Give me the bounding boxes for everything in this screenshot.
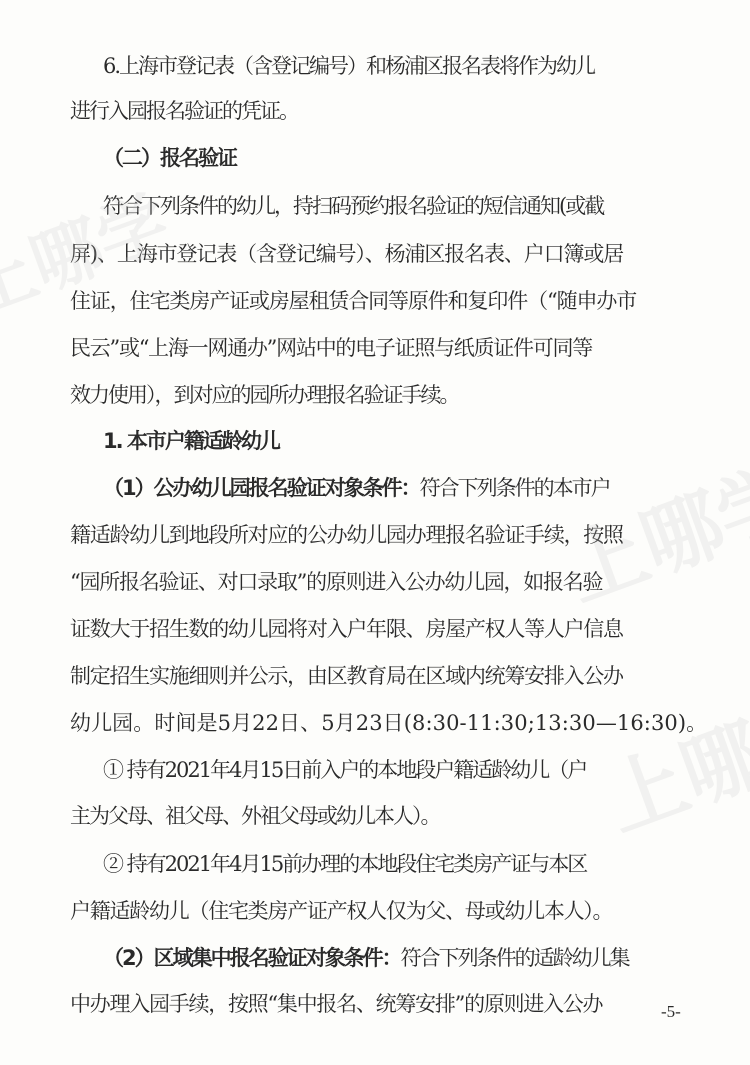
text-line: 证数大于招生数的幼儿园将对入户年限、房屋产权人等人户信息 <box>0 613 750 643</box>
text-line: ② 持有2021年4月15前办理的本地段住宅类房产证与本区 <box>0 848 750 878</box>
text-line: 幼儿园。时间是5月22日、5月23日(8:30-11:30;13:30—16:3… <box>0 707 750 737</box>
text-line: 制定招生实施细则并公示，由区教育局在区域内统筹安排入公办 <box>0 660 750 690</box>
text-line: 符合下列条件的幼儿，持扫码预约报名验证的短信通知(或截 <box>0 190 750 220</box>
body-text: 符合下列条件的幼儿，持扫码预约报名验证的短信通知(或截 <box>103 194 603 218</box>
text-line: 中办理入园手续，按照“集中报名、统筹安排”的原则进入公办 <box>0 988 750 1018</box>
page-number: -5- <box>661 1002 681 1022</box>
body-text: 屏)、上海市登记表（含登记编号）、杨浦区报名表、户口簿或居 <box>70 242 623 266</box>
body-text: ① 持有2021年4月15日前入户的本地段户籍适龄幼儿（户 <box>103 758 586 782</box>
heading-text: （2）区域集中报名验证对象条件： <box>103 946 401 970</box>
body-text: 符合下列条件的本市户 <box>420 476 610 500</box>
body-text: 籍适龄幼儿到地段所对应的公办幼儿园办理报名验证手续，按照 <box>70 523 623 547</box>
text-line: 民云”或“上海一网通办”网站中的电子证照与纸质证件可同等 <box>0 332 750 362</box>
text-line: 1. 本市户籍适龄幼儿 <box>0 425 750 455</box>
text-line: 主为父母、祖父母、外祖父母或幼儿本人）。 <box>0 800 750 830</box>
text-line: 6.上海市登记表（含登记编号）和杨浦区报名表将作为幼儿 <box>0 50 750 80</box>
body-text: 住证，住宅类房产证或房屋租赁合同等原件和复印件（“随申办市 <box>70 289 636 313</box>
body-text: 证数大于招生数的幼儿园将对入户年限、房屋产权人等人户信息 <box>70 617 623 641</box>
text-line: 屏)、上海市登记表（含登记编号）、杨浦区报名表、户口簿或居 <box>0 238 750 268</box>
body-text: 符合下列条件的适龄幼儿集 <box>401 946 629 970</box>
body-text: “园所报名验证、对口录取”的原则进入公办幼儿园，如报名验 <box>70 570 602 594</box>
body-text: ② 持有2021年4月15前办理的本地段住宅类房产证与本区 <box>103 852 586 876</box>
body-text: 6.上海市登记表（含登记编号）和杨浦区报名表将作为幼儿 <box>103 54 594 78</box>
body-text: 主为父母、祖父母、外祖父母或幼儿本人）。 <box>70 804 440 828</box>
text-line: （1）公办幼儿园报名验证对象条件：符合下列条件的本市户 <box>0 472 750 502</box>
text-line: “园所报名验证、对口录取”的原则进入公办幼儿园，如报名验 <box>0 566 750 596</box>
text-line: （二）报名验证 <box>0 142 750 172</box>
heading-text: （二）报名验证 <box>103 146 236 170</box>
body-text: 民云”或“上海一网通办”网站中的电子证照与纸质证件可同等 <box>70 336 592 360</box>
body-text: 效力使用），到对应的园所办理报名验证手续。 <box>70 383 459 407</box>
text-line: 户籍适龄幼儿（住宅类房产证产权人仅为父、母或幼儿本人）。 <box>0 895 750 925</box>
text-line: 籍适龄幼儿到地段所对应的公办幼儿园办理报名验证手续，按照 <box>0 519 750 549</box>
body-text: 户籍适龄幼儿（住宅类房产证产权人仅为父、母或幼儿本人）。 <box>70 899 612 923</box>
text-line: ① 持有2021年4月15日前入户的本地段户籍适龄幼儿（户 <box>0 754 750 784</box>
body-text: 中办理入园手续，按照“集中报名、统筹安排”的原则进入公办 <box>70 992 602 1016</box>
text-line: （2）区域集中报名验证对象条件：符合下列条件的适龄幼儿集 <box>0 942 750 972</box>
heading-text: （1）公办幼儿园报名验证对象条件： <box>103 476 420 500</box>
text-line: 进行入园报名验证的凭证。 <box>0 95 750 125</box>
body-text: 制定招生实施细则并公示，由区教育局在区域内统筹安排入公办 <box>70 664 623 688</box>
text-line: 效力使用），到对应的园所办理报名验证手续。 <box>0 379 750 409</box>
text-line: 住证，住宅类房产证或房屋租赁合同等原件和复印件（“随申办市 <box>0 285 750 315</box>
heading-text: 1. 本市户籍适龄幼儿 <box>103 429 279 453</box>
body-text: 幼儿园。时间是5月22日、5月23日(8:30-11:30;13:30—16:3… <box>70 711 707 735</box>
body-text: 进行入园报名验证的凭证。 <box>70 99 298 123</box>
